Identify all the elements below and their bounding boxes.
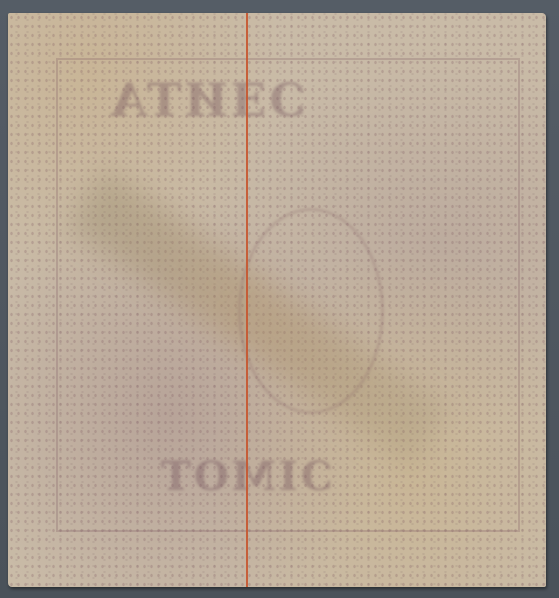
show-through-top-text: ƆƎИTA	[108, 73, 306, 127]
stamp-paper: ƆƎИTA ƆIMOT	[8, 13, 546, 587]
vertical-red-line	[246, 13, 248, 587]
show-through-oval	[238, 208, 384, 414]
